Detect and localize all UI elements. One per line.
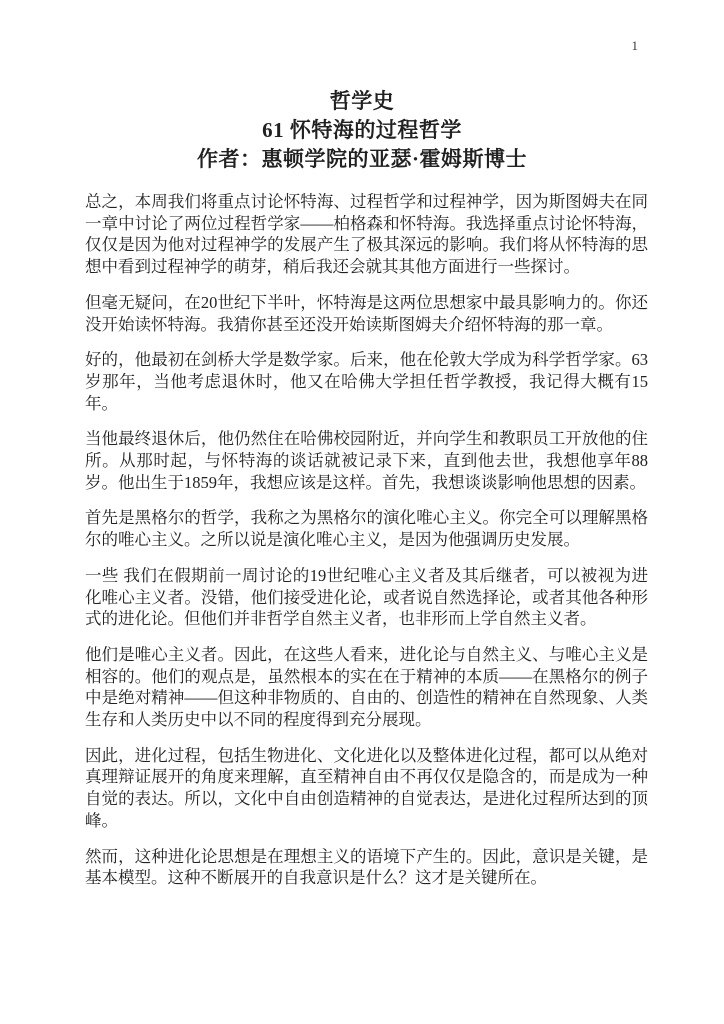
title-lecture-name: 61 怀特海的过程哲学 (0, 116, 724, 145)
body-paragraph: 首先是黑格尔的哲学，我称之为黑格尔的演化唯心主义。你完全可以理解黑格尔的唯心主义… (85, 507, 648, 550)
body-paragraph: 因此，进化过程，包括生物进化、文化进化以及整体进化过程，都可以从绝对真理辩证展开… (85, 745, 648, 832)
title-course-name: 哲学史 (0, 87, 724, 116)
body-paragraph: 然而，这种进化论思想是在理想主义的语境下产生的。因此，意识是关键，是基本模型。这… (85, 846, 648, 889)
body-paragraph: 好的，他最初在剑桥大学是数学家。后来，他在伦敦大学成为科学哲学家。63岁那年，当… (85, 349, 648, 414)
body-paragraph: 一些 我们在假期前一周讨论的19世纪唯心主义者及其后继者，可以被视为进化唯心主义… (85, 565, 648, 630)
body-paragraph: 总之，本周我们将重点讨论怀特海、过程哲学和过程神学，因为斯图姆夫在同一章中讨论了… (85, 191, 648, 278)
title-author-line: 作者：惠顿学院的亚瑟·霍姆斯博士 (0, 145, 724, 174)
body-paragraph: 他们是唯心主义者。因此，在这些人看来，进化论与自然主义、与唯心主义是相容的。他们… (85, 644, 648, 731)
document-title-block: 哲学史 61 怀特海的过程哲学 作者：惠顿学院的亚瑟·霍姆斯博士 (0, 87, 724, 174)
document-body: 总之，本周我们将重点讨论怀特海、过程哲学和过程神学，因为斯图姆夫在同一章中讨论了… (85, 191, 648, 903)
body-paragraph: 当他最终退休后，他仍然住在哈佛校园附近，并向学生和教职员工开放他的住所。从那时起… (85, 428, 648, 493)
body-paragraph: 但毫无疑问，在20世纪下半叶，怀特海是这两位思想家中最具影响力的。你还没开始读怀… (85, 292, 648, 335)
document-page: 1 哲学史 61 怀特海的过程哲学 作者：惠顿学院的亚瑟·霍姆斯博士 总之，本周… (0, 0, 724, 1024)
page-number: 1 (0, 38, 638, 53)
